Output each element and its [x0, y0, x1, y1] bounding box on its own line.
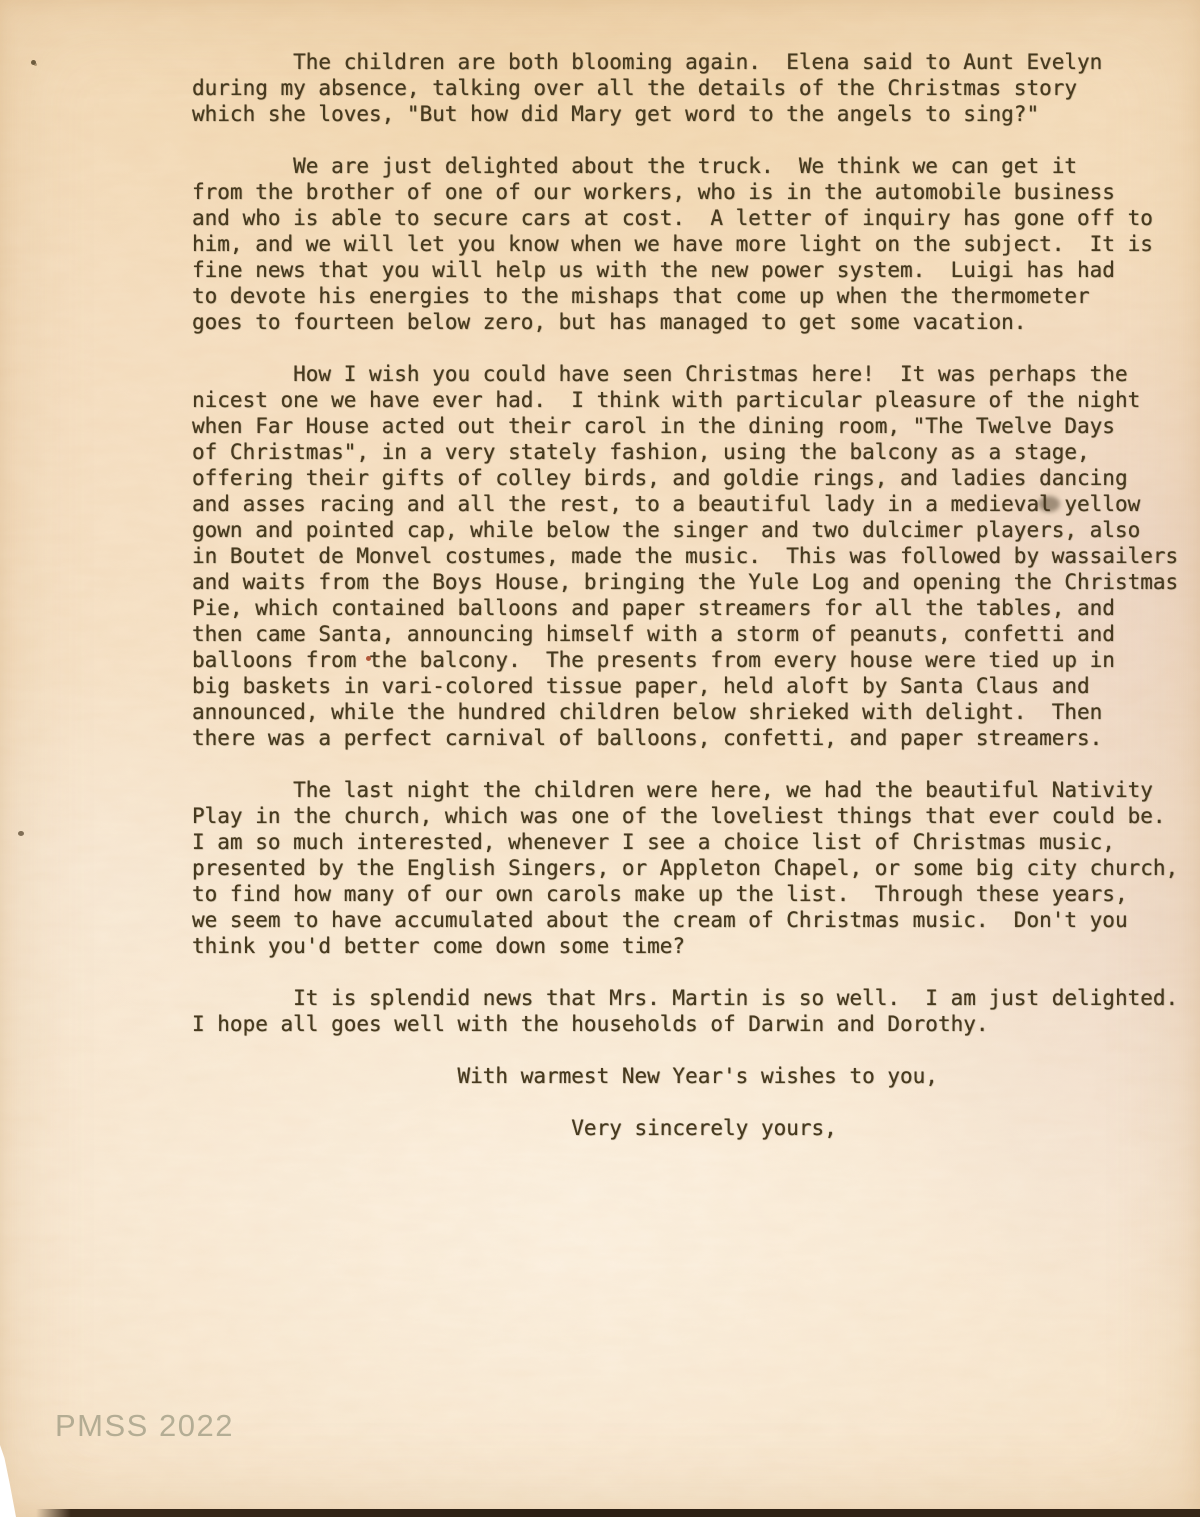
letter-line: we seem to have accumulated about the cr… — [192, 907, 1192, 933]
letter-line: when Far House acted out their carol in … — [192, 413, 1192, 439]
ink-speck — [31, 60, 36, 65]
letter-line: offering their gifts of colley birds, an… — [192, 465, 1192, 491]
letter-line: in Boutet de Monvel costumes, made the m… — [192, 543, 1192, 569]
letter-line: goes to fourteen below zero, but has man… — [192, 309, 1192, 335]
page-bottom-edge-shadow — [36, 1509, 1200, 1517]
paragraph: The children are both blooming again. El… — [192, 49, 1192, 127]
letter-line: him, and we will let you know when we ha… — [192, 231, 1192, 257]
letter-line: to find how many of our own carols make … — [192, 881, 1192, 907]
letter-line: there was a perfect carnival of balloons… — [192, 725, 1192, 751]
letter-line: big baskets in vari-colored tissue paper… — [192, 673, 1192, 699]
paragraph: Very sincerely yours, — [192, 1115, 1192, 1141]
letter-body: The children are both blooming again. El… — [192, 49, 1192, 1141]
paragraph: How I wish you could have seen Christmas… — [192, 361, 1192, 751]
paragraph: We are just delighted about the truck. W… — [192, 153, 1192, 335]
letter-line: then came Santa, announcing himself with… — [192, 621, 1192, 647]
archive-watermark: PMSS 2022 — [55, 1408, 234, 1444]
letter-line: Play in the church, which was one of the… — [192, 803, 1192, 829]
letter-line: The children are both blooming again. El… — [192, 49, 1192, 75]
letter-line: I hope all goes well with the households… — [192, 1011, 1192, 1037]
letter-line: Pie, which contained balloons and paper … — [192, 595, 1192, 621]
letter-line: and who is able to secure cars at cost. … — [192, 205, 1192, 231]
letter-line: How I wish you could have seen Christmas… — [192, 361, 1192, 387]
ink-smudge — [1038, 496, 1060, 512]
letter-line: of Christmas", in a very stately fashion… — [192, 439, 1192, 465]
letter-line: balloons from the balcony. The presents … — [192, 647, 1192, 673]
letter-line: I am so much interested, whenever I see … — [192, 829, 1192, 855]
paragraph: With warmest New Year's wishes to you, — [192, 1063, 1192, 1089]
letter-line: to devote his energies to the mishaps th… — [192, 283, 1192, 309]
letter-line: announced, while the hundred children be… — [192, 699, 1192, 725]
letter-line: fine news that you will help us with the… — [192, 257, 1192, 283]
letter-line: We are just delighted about the truck. W… — [192, 153, 1192, 179]
letter-line: presented by the English Singers, or App… — [192, 855, 1192, 881]
paragraph: The last night the children were here, w… — [192, 777, 1192, 959]
letter-line: With warmest New Year's wishes to you, — [192, 1063, 1192, 1089]
letter-line: during my absence, talking over all the … — [192, 75, 1192, 101]
letter-line: The last night the children were here, w… — [192, 777, 1192, 803]
letter-line: nicest one we have ever had. I think wit… — [192, 387, 1192, 413]
letter-line: gown and pointed cap, while below the si… — [192, 517, 1192, 543]
red-ink-dot — [366, 656, 371, 661]
letter-line: Very sincerely yours, — [192, 1115, 1192, 1141]
letter-line: which she loves, "But how did Mary get w… — [192, 101, 1192, 127]
scanned-letter-page: The children are both blooming again. El… — [0, 0, 1200, 1517]
paragraph: It is splendid news that Mrs. Martin is … — [192, 985, 1192, 1037]
ink-speck — [18, 831, 24, 836]
letter-line: It is splendid news that Mrs. Martin is … — [192, 985, 1192, 1011]
letter-line: and waits from the Boys House, bringing … — [192, 569, 1192, 595]
letter-line: from the brother of one of our workers, … — [192, 179, 1192, 205]
letter-line: think you'd better come down some time? — [192, 933, 1192, 959]
